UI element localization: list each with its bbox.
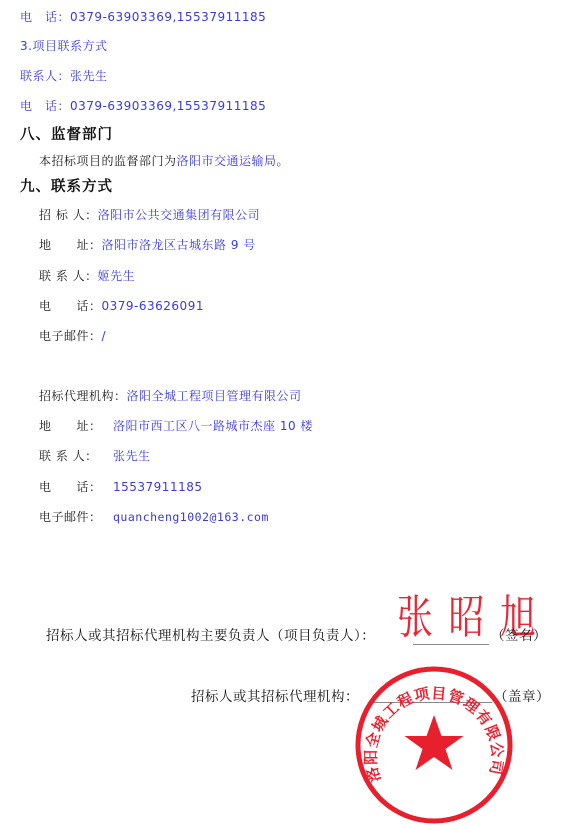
agency-contact-row: 联 系 人：张先生 (39, 448, 151, 464)
phone-value: 0379-63903369,15537911185 (70, 10, 266, 24)
phone-value: 0379-63903369,15537911185 (70, 99, 266, 113)
phone-label: 电 话： (20, 99, 70, 113)
seal-icon: 洛阳全城工程项目管理有限公司 (353, 660, 515, 826)
agency-name-row: 招标代理机构：洛阳全城工程项目管理有限公司 (39, 388, 302, 404)
agency-phone-label: 电 话： (39, 479, 113, 495)
agency-contact-label: 联 系 人： (39, 448, 113, 464)
project-contact-heading: 3.项目联系方式 (20, 38, 107, 54)
tenderer-phone-value: 0379-63626091 (102, 299, 204, 313)
supervision-prefix: 本招标项目的监督部门为 (39, 154, 177, 168)
agency-address-value: 洛阳市西工区八一路城市杰座 10 楼 (113, 419, 313, 433)
tenderer-address-value: 洛阳市洛龙区古城东路 9 号 (102, 238, 256, 252)
principal-signature-underline (413, 644, 489, 645)
tenderer-name-row: 招 标 人：洛阳市公共交通集团有限公司 (39, 207, 260, 223)
phone-label: 电 话： (20, 10, 70, 24)
tenderer-email-label: 电子邮件： (39, 328, 102, 344)
tenderer-contact-value: 姬先生 (98, 269, 136, 283)
agency-address-label: 地 址： (39, 418, 113, 434)
tenderer-email-row: 电子邮件：/ (39, 328, 106, 344)
phone-line-1: 电 话：0379-63903369,15537911185 (20, 9, 266, 25)
tenderer-address-label: 地 址： (39, 237, 102, 253)
agency-email-row: 电子邮件：quancheng1002@163.com (39, 509, 269, 525)
agency-email-value: quancheng1002@163.com (113, 510, 269, 524)
tenderer-contact-row: 联 系 人：姬先生 (39, 268, 135, 284)
seal-label: 招标人或其招标代理机构： (191, 688, 359, 706)
agency-address-row: 地 址：洛阳市西工区八一路城市杰座 10 楼 (39, 418, 313, 434)
tenderer-name-label: 招 标 人： (39, 207, 98, 223)
contact-label: 联系人： (20, 69, 70, 83)
agency-phone-value: 15537911185 (113, 480, 202, 494)
supervision-heading: 八、监督部门 (20, 126, 113, 144)
tenderer-name-value: 洛阳市公共交通集团有限公司 (98, 208, 261, 222)
company-seal-stamp: 洛阳全城工程项目管理有限公司 (353, 660, 515, 826)
agency-phone-row: 电 话：15537911185 (39, 479, 202, 495)
principal-signature-label: 招标人或其招标代理机构主要负责人（项目负责人）： (46, 627, 375, 645)
star-icon (405, 715, 464, 770)
supervision-text: 本招标项目的监督部门为洛阳市交通运输局。 (39, 153, 289, 169)
tenderer-phone-row: 电 话：0379-63626091 (39, 298, 204, 314)
agency-name-value: 洛阳全城工程项目管理有限公司 (127, 389, 302, 403)
tenderer-email-value: / (102, 329, 107, 343)
agency-name-label: 招标代理机构： (39, 388, 127, 404)
contact-heading: 九、联系方式 (20, 178, 113, 196)
contact-line: 联系人：张先生 (20, 68, 108, 84)
principal-signature-suffix: （签名） (491, 627, 547, 645)
supervision-suffix: 。 (277, 154, 290, 168)
contact-value: 张先生 (70, 69, 108, 83)
phone-line-2: 电 话：0379-63903369,15537911185 (20, 98, 266, 114)
agency-contact-value: 张先生 (113, 449, 151, 463)
tenderer-address-row: 地 址：洛阳市洛龙区古城东路 9 号 (39, 237, 256, 253)
tenderer-contact-label: 联 系 人： (39, 268, 98, 284)
supervision-department: 洛阳市交通运输局 (177, 154, 277, 168)
agency-email-label: 电子邮件： (39, 509, 113, 525)
tenderer-phone-label: 电 话： (39, 298, 102, 314)
